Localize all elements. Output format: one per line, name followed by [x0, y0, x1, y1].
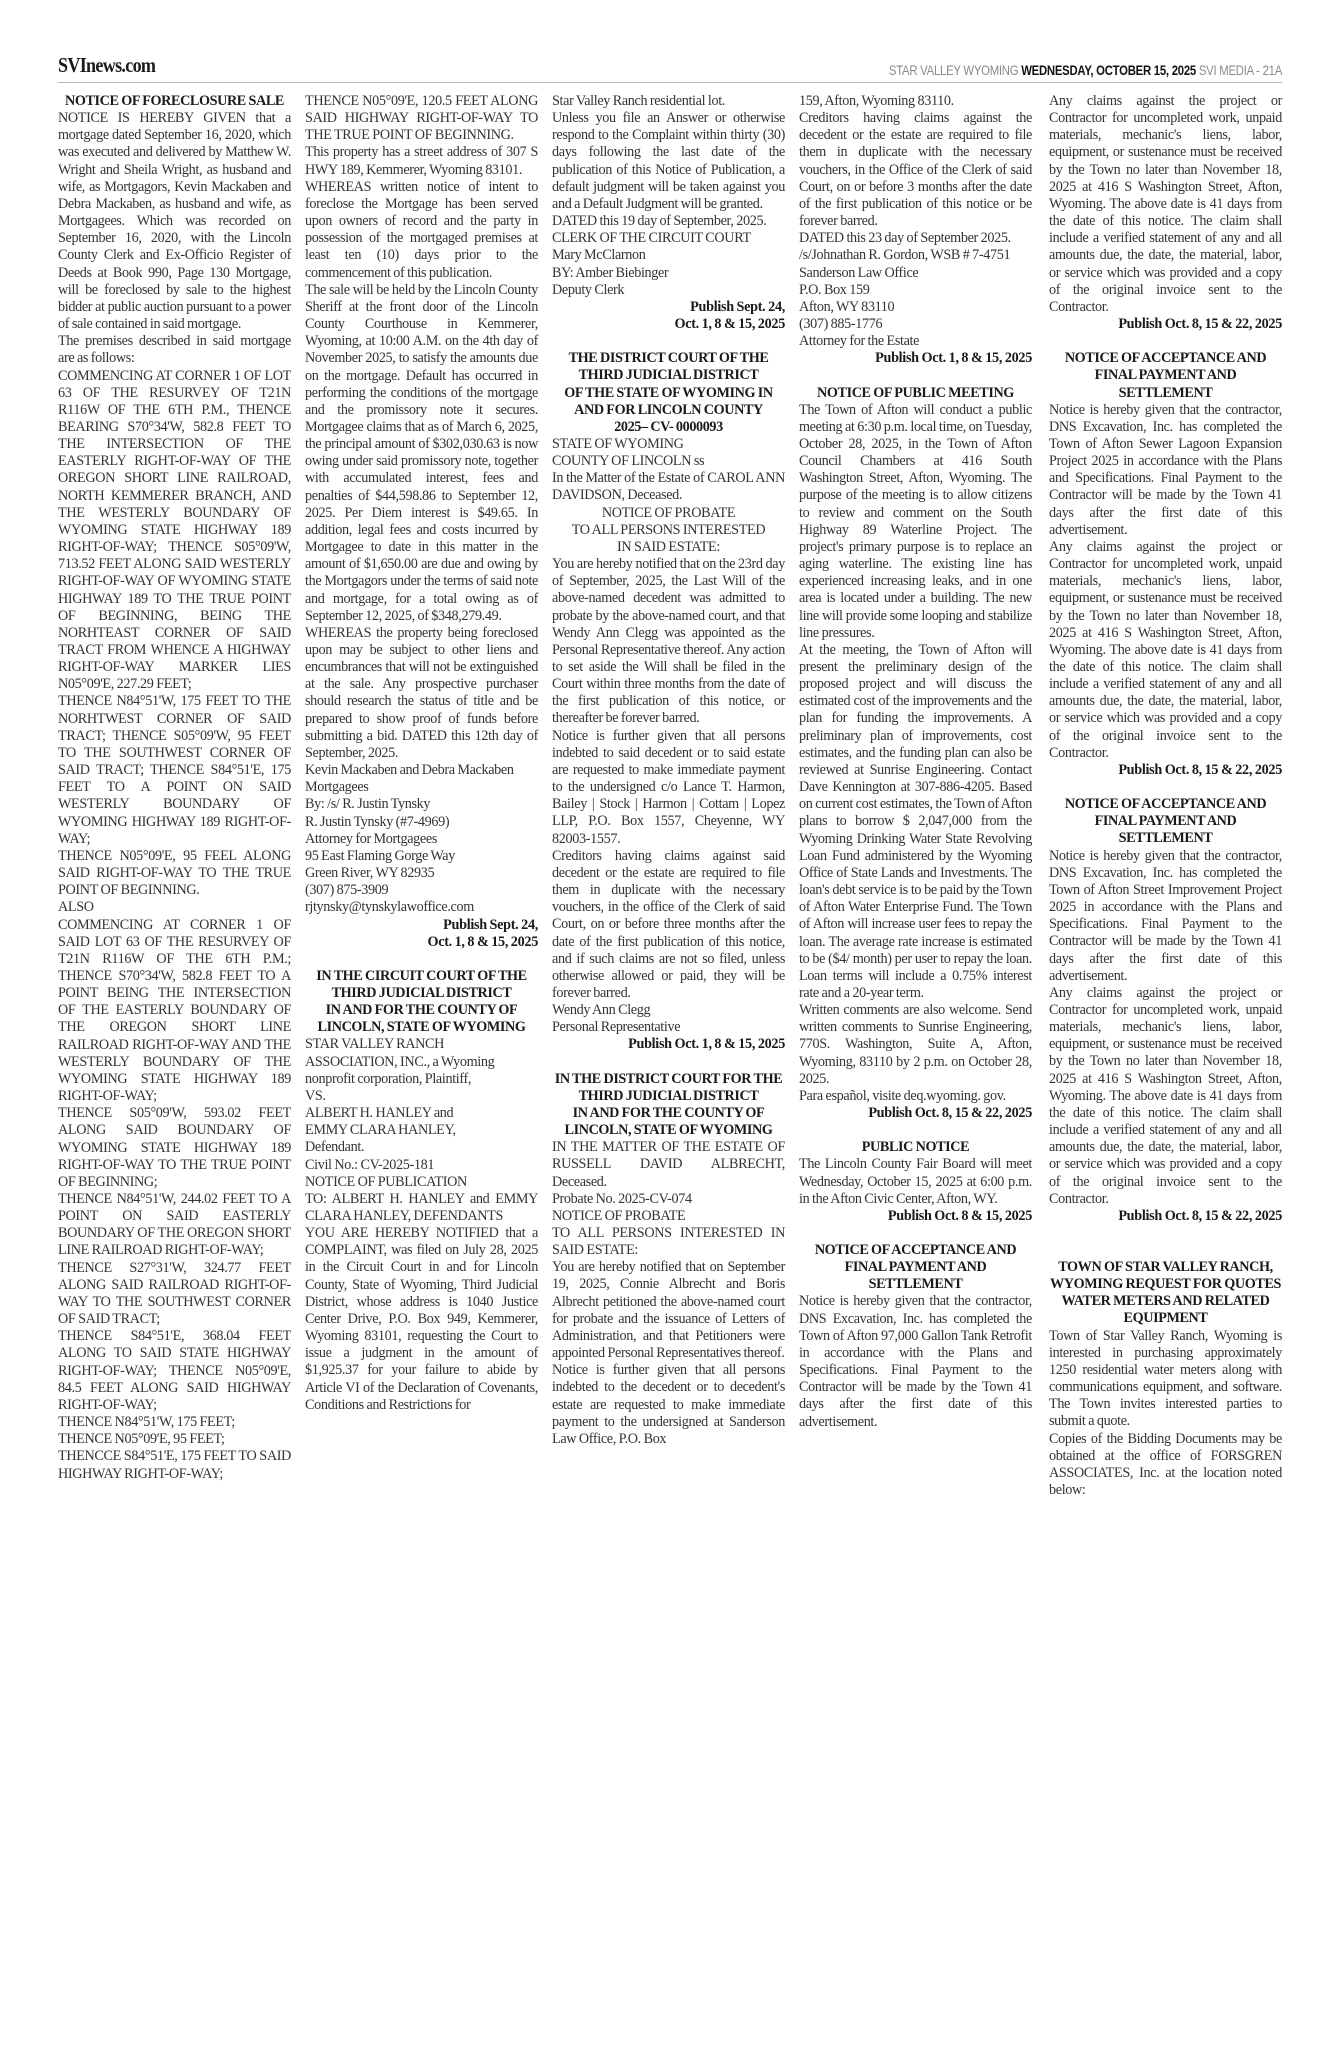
signature-line: 95 East Flaming Gorge Way	[305, 848, 538, 865]
case-line: TO: ALBERT H. HANLEY and EMMY CLARA HANL…	[305, 1191, 538, 1225]
case-line: STAR VALLEY RANCH	[305, 1036, 538, 1053]
publish-dates: Publish Oct. 8, 15 & 22, 2025	[1049, 762, 1282, 779]
notice-paragraph: YOU ARE HEREBY NOTIFIED that a COMPLAINT…	[305, 1225, 538, 1414]
legal-description: THENCCE S84°51'E, 175 FEET TO SAID HIGHW…	[58, 1448, 291, 1482]
legal-description: THENCE S84°51'E, 368.04 FEET ALONG TO SA…	[58, 1328, 291, 1414]
notice-paragraph: DATED this 19 day of September, 2025.	[552, 213, 785, 230]
legal-description: THENCE N05°09'E, 120.5 FEET ALONG SAID H…	[305, 93, 538, 144]
publish-dates: Publish Oct. 8, 15 & 22, 2025	[799, 1105, 1032, 1122]
case-line: IN THE MATTER OF THE ESTATE OF RUSSELL D…	[552, 1139, 785, 1190]
notice-paragraph: Para español, visite deq.wyoming. gov.	[799, 1088, 1032, 1105]
notice-paragraph: This property has a street address of 30…	[305, 144, 538, 178]
spacer	[1049, 1225, 1282, 1259]
legal-description: THENCE N05°09'E, 95 FEET;	[58, 1431, 291, 1448]
email-address: rjtynsky@tynskylawoffice.com	[305, 899, 538, 916]
legal-description: THENCE S27°31'W, 324.77 FEET ALONG SAID …	[58, 1260, 291, 1329]
notice-paragraph: Notice is hereby given that the contract…	[1049, 848, 1282, 985]
signature-line: Mortgagees	[305, 779, 538, 796]
notice-paragraph: Written comments are also welcome. Send …	[799, 1002, 1032, 1088]
notice-heading-circuit-court: IN THE CIRCUIT COURT OF THE THIRD JUDICI…	[305, 968, 538, 1002]
column-4: 159, Afton, Wyoming 83110. Creditors hav…	[799, 93, 1032, 1431]
spacer	[552, 333, 785, 350]
publish-dates: Oct. 1, 8 & 15, 2025	[305, 934, 538, 951]
case-line: NOTICE OF PROBATE	[552, 505, 785, 522]
notice-paragraph: You are hereby notified that on Septembe…	[552, 1259, 785, 1362]
page-masthead: SVInews.com STAR VALLEY WYOMING WEDNESDA…	[58, 56, 1282, 78]
dateline-section: SVI MEDIA - 21A	[1199, 63, 1282, 78]
publish-dates: Publish Oct. 8, 15 & 22, 2025	[1049, 1208, 1282, 1225]
legal-description: COMMENCING AT CORNER 1 OF LOT 63 OF THE …	[58, 368, 291, 694]
column-1: NOTICE OF FORECLOSURE SALE NOTICE IS HER…	[58, 93, 291, 1483]
case-line: STATE OF WYOMING	[552, 436, 785, 453]
signature-line: Green River, WY 82935	[305, 865, 538, 882]
legal-description: THENCE S05°09'W, 593.02 FEET ALONG SAID …	[58, 1105, 291, 1191]
signature-line: Afton, WY 83110	[799, 299, 1032, 316]
notice-heading-district-court: THE DISTRICT COURT OF THE THIRD JUDICIAL…	[552, 350, 785, 384]
notice-paragraph: Copies of the Bidding Documents may be o…	[1049, 1431, 1282, 1500]
notice-paragraph: Town of Star Valley Ranch, Wyoming is in…	[1049, 1328, 1282, 1431]
spacer	[305, 951, 538, 968]
signature-line: Attorney for the Estate	[799, 333, 1032, 350]
signature-line: Kevin Mackaben and Debra Mackaben	[305, 762, 538, 779]
notice-heading-foreclosure: NOTICE OF FORECLOSURE SALE	[58, 93, 291, 110]
notice-paragraph: Star Valley Ranch residential lot.	[552, 93, 785, 110]
signature-line: Mary McClarnon	[552, 247, 785, 264]
notice-heading-district-court: IN THE DISTRICT COURT FOR THE THIRD JUDI…	[552, 1071, 785, 1105]
notice-heading-public-notice: PUBLIC NOTICE	[799, 1139, 1032, 1156]
spacer	[799, 1122, 1032, 1139]
case-number: Probate No. 2025-CV-074	[552, 1191, 785, 1208]
spacer	[1049, 333, 1282, 350]
case-line: nonprofit corporation, Plaintiff,	[305, 1071, 538, 1088]
legal-notices: NOTICE OF FORECLOSURE SALE NOTICE IS HER…	[58, 93, 1282, 1993]
notice-paragraph: NOTICE IS HEREBY GIVEN that a mortgage d…	[58, 110, 291, 333]
notice-paragraph: Any claims against the project or Contra…	[1049, 93, 1282, 316]
case-line: Defendant.	[305, 1139, 538, 1156]
case-line: IN SAID ESTATE:	[552, 539, 785, 556]
notice-paragraph: At the meeting, the Town of Afton will p…	[799, 642, 1032, 1002]
signature-line: /s/Johnathan R. Gordon, WSB # 7-4751	[799, 247, 1032, 264]
column-2: THENCE N05°09'E, 120.5 FEET ALONG SAID H…	[305, 93, 538, 1414]
publish-dates: Publish Sept. 24,	[305, 917, 538, 934]
signature-line: Sanderson Law Office	[799, 265, 1032, 282]
case-line: TO ALL PERSONS INTERESTED	[552, 522, 785, 539]
notice-heading-acceptance: NOTICE OF ACCEPTANCE AND FINAL PAYMENT A…	[799, 1242, 1032, 1293]
notice-paragraph: Creditors having claims against said dec…	[552, 848, 785, 1002]
signature-line: R. Justin Tynsky (#7-4969)	[305, 814, 538, 831]
case-line: NOTICE OF PUBLICATION	[305, 1174, 538, 1191]
notice-heading-district-court: IN AND FOR THE COUNTY OF LINCOLN, STATE …	[552, 1105, 785, 1139]
dateline-location: STAR VALLEY WYOMING	[889, 63, 1018, 78]
legal-description: THENCE N84°51'W, 244.02 FEET TO A POINT …	[58, 1191, 291, 1260]
notice-paragraph: Creditors having claims against the dece…	[799, 110, 1032, 230]
notice-paragraph: Any claims against the project or Contra…	[1049, 539, 1282, 762]
signature-line: (307) 875-3909	[305, 882, 538, 899]
publish-dates: Publish Oct. 1, 8 & 15, 2025	[799, 350, 1032, 367]
notice-paragraph: The Lincoln County Fair Board will meet …	[799, 1156, 1032, 1207]
signature-line: Wendy Ann Clegg	[552, 1002, 785, 1019]
notice-heading-district-court: OF THE STATE OF WYOMING IN AND FOR LINCO…	[552, 385, 785, 419]
legal-description: ALSO	[58, 899, 291, 916]
case-line: COUNTY OF LINCOLN ss	[552, 453, 785, 470]
masthead-divider	[58, 82, 1282, 83]
site-name: SVInews.com	[58, 53, 155, 78]
spacer	[799, 1225, 1032, 1242]
signature-line: By: /s/ R. Justin Tynsky	[305, 796, 538, 813]
case-number: Civil No.: CV-2025-181	[305, 1157, 538, 1174]
notice-paragraph: Notice is hereby given that the contract…	[799, 1293, 1032, 1430]
dateline-date: WEDNESDAY, OCTOBER 15, 2025	[1021, 63, 1196, 78]
legal-description: THENCE N84°51'W, 175 FEET TO THE NORHTWE…	[58, 693, 291, 847]
case-line: VS.	[305, 1088, 538, 1105]
notice-paragraph: Any claims against the project or Contra…	[1049, 985, 1282, 1208]
legal-description: THENCE N05°09'E, 95 FEEL ALONG SAID RIGH…	[58, 848, 291, 899]
spacer	[1049, 779, 1282, 796]
publish-dates: Oct. 1, 8 & 15, 2025	[552, 316, 785, 333]
publish-dates: Publish Oct. 8 & 15, 2025	[799, 1208, 1032, 1225]
legal-description: THENCE N84°51'W, 175 FEET;	[58, 1414, 291, 1431]
notice-heading-circuit-court: IN AND FOR THE COUNTY OF LINCOLN, STATE …	[305, 1002, 538, 1036]
phone-number: (307) 885-1776	[799, 316, 1032, 333]
notice-paragraph: 159, Afton, Wyoming 83110.	[799, 93, 1032, 110]
notice-paragraph: WHEREAS written notice of intent to fore…	[305, 179, 538, 282]
case-line: ASSOCIATION, INC., a Wyoming	[305, 1054, 538, 1071]
notice-paragraph: DATED this 23 day of September 2025.	[799, 230, 1032, 247]
notice-heading-request-for-quotes: TOWN OF STAR VALLEY RANCH, WYOMING REQUE…	[1049, 1259, 1282, 1328]
notice-paragraph: You are hereby notified that on the 23rd…	[552, 556, 785, 728]
notice-heading-acceptance: NOTICE OF ACCEPTANCE AND FINAL PAYMENT A…	[1049, 796, 1282, 847]
case-line: ALBERT H. HANLEY and	[305, 1105, 538, 1122]
publish-dates: Publish Sept. 24,	[552, 299, 785, 316]
signature-line: Deputy Clerk	[552, 282, 785, 299]
notice-paragraph: Notice is further given that all persons…	[552, 1362, 785, 1448]
signature-line: P.O. Box 159	[799, 282, 1032, 299]
notice-paragraph: Unless you file an Answer or otherwise r…	[552, 110, 785, 213]
notice-paragraph: Notice is further given that all persons…	[552, 728, 785, 848]
case-number: 2025– CV- 0000093	[552, 419, 785, 436]
spacer	[552, 1054, 785, 1071]
case-line: NOTICE OF PROBATE	[552, 1208, 785, 1225]
publish-dates: Publish Oct. 8, 15 & 22, 2025	[1049, 316, 1282, 333]
notice-paragraph: The premises described in said mortgage …	[58, 333, 291, 367]
spacer	[799, 368, 1032, 385]
signature-line: BY: Amber Biebinger	[552, 265, 785, 282]
case-line: EMMY CLARA HANLEY,	[305, 1122, 538, 1139]
dateline: STAR VALLEY WYOMING WEDNESDAY, OCTOBER 1…	[889, 63, 1282, 78]
legal-description: COMMENCING AT CORNER 1 OF SAID LOT 63 OF…	[58, 917, 291, 1106]
notice-paragraph: The sale will be held by the Lincoln Cou…	[305, 282, 538, 625]
column-5: Any claims against the project or Contra…	[1049, 93, 1282, 1499]
column-3: Star Valley Ranch residential lot. Unles…	[552, 93, 785, 1448]
case-line: TO ALL PERSONS INTERESTED IN SAID ESTATE…	[552, 1225, 785, 1259]
case-line: In the Matter of the Estate of CAROL ANN…	[552, 470, 785, 504]
signature-line: Personal Representative	[552, 1019, 785, 1036]
signature-line: CLERK OF THE CIRCUIT COURT	[552, 230, 785, 247]
notice-heading-acceptance: NOTICE OF ACCEPTANCE AND FINAL PAYMENT A…	[1049, 350, 1282, 401]
notice-heading-public-meeting: NOTICE OF PUBLIC MEETING	[799, 385, 1032, 402]
signature-line: Attorney for Mortgagees	[305, 831, 538, 848]
notice-paragraph: WHEREAS the property being foreclosed up…	[305, 625, 538, 762]
publish-dates: Publish Oct. 1, 8 & 15, 2025	[552, 1036, 785, 1053]
notice-paragraph: Notice is hereby given that the contract…	[1049, 402, 1282, 539]
notice-paragraph: The Town of Afton will conduct a public …	[799, 402, 1032, 642]
